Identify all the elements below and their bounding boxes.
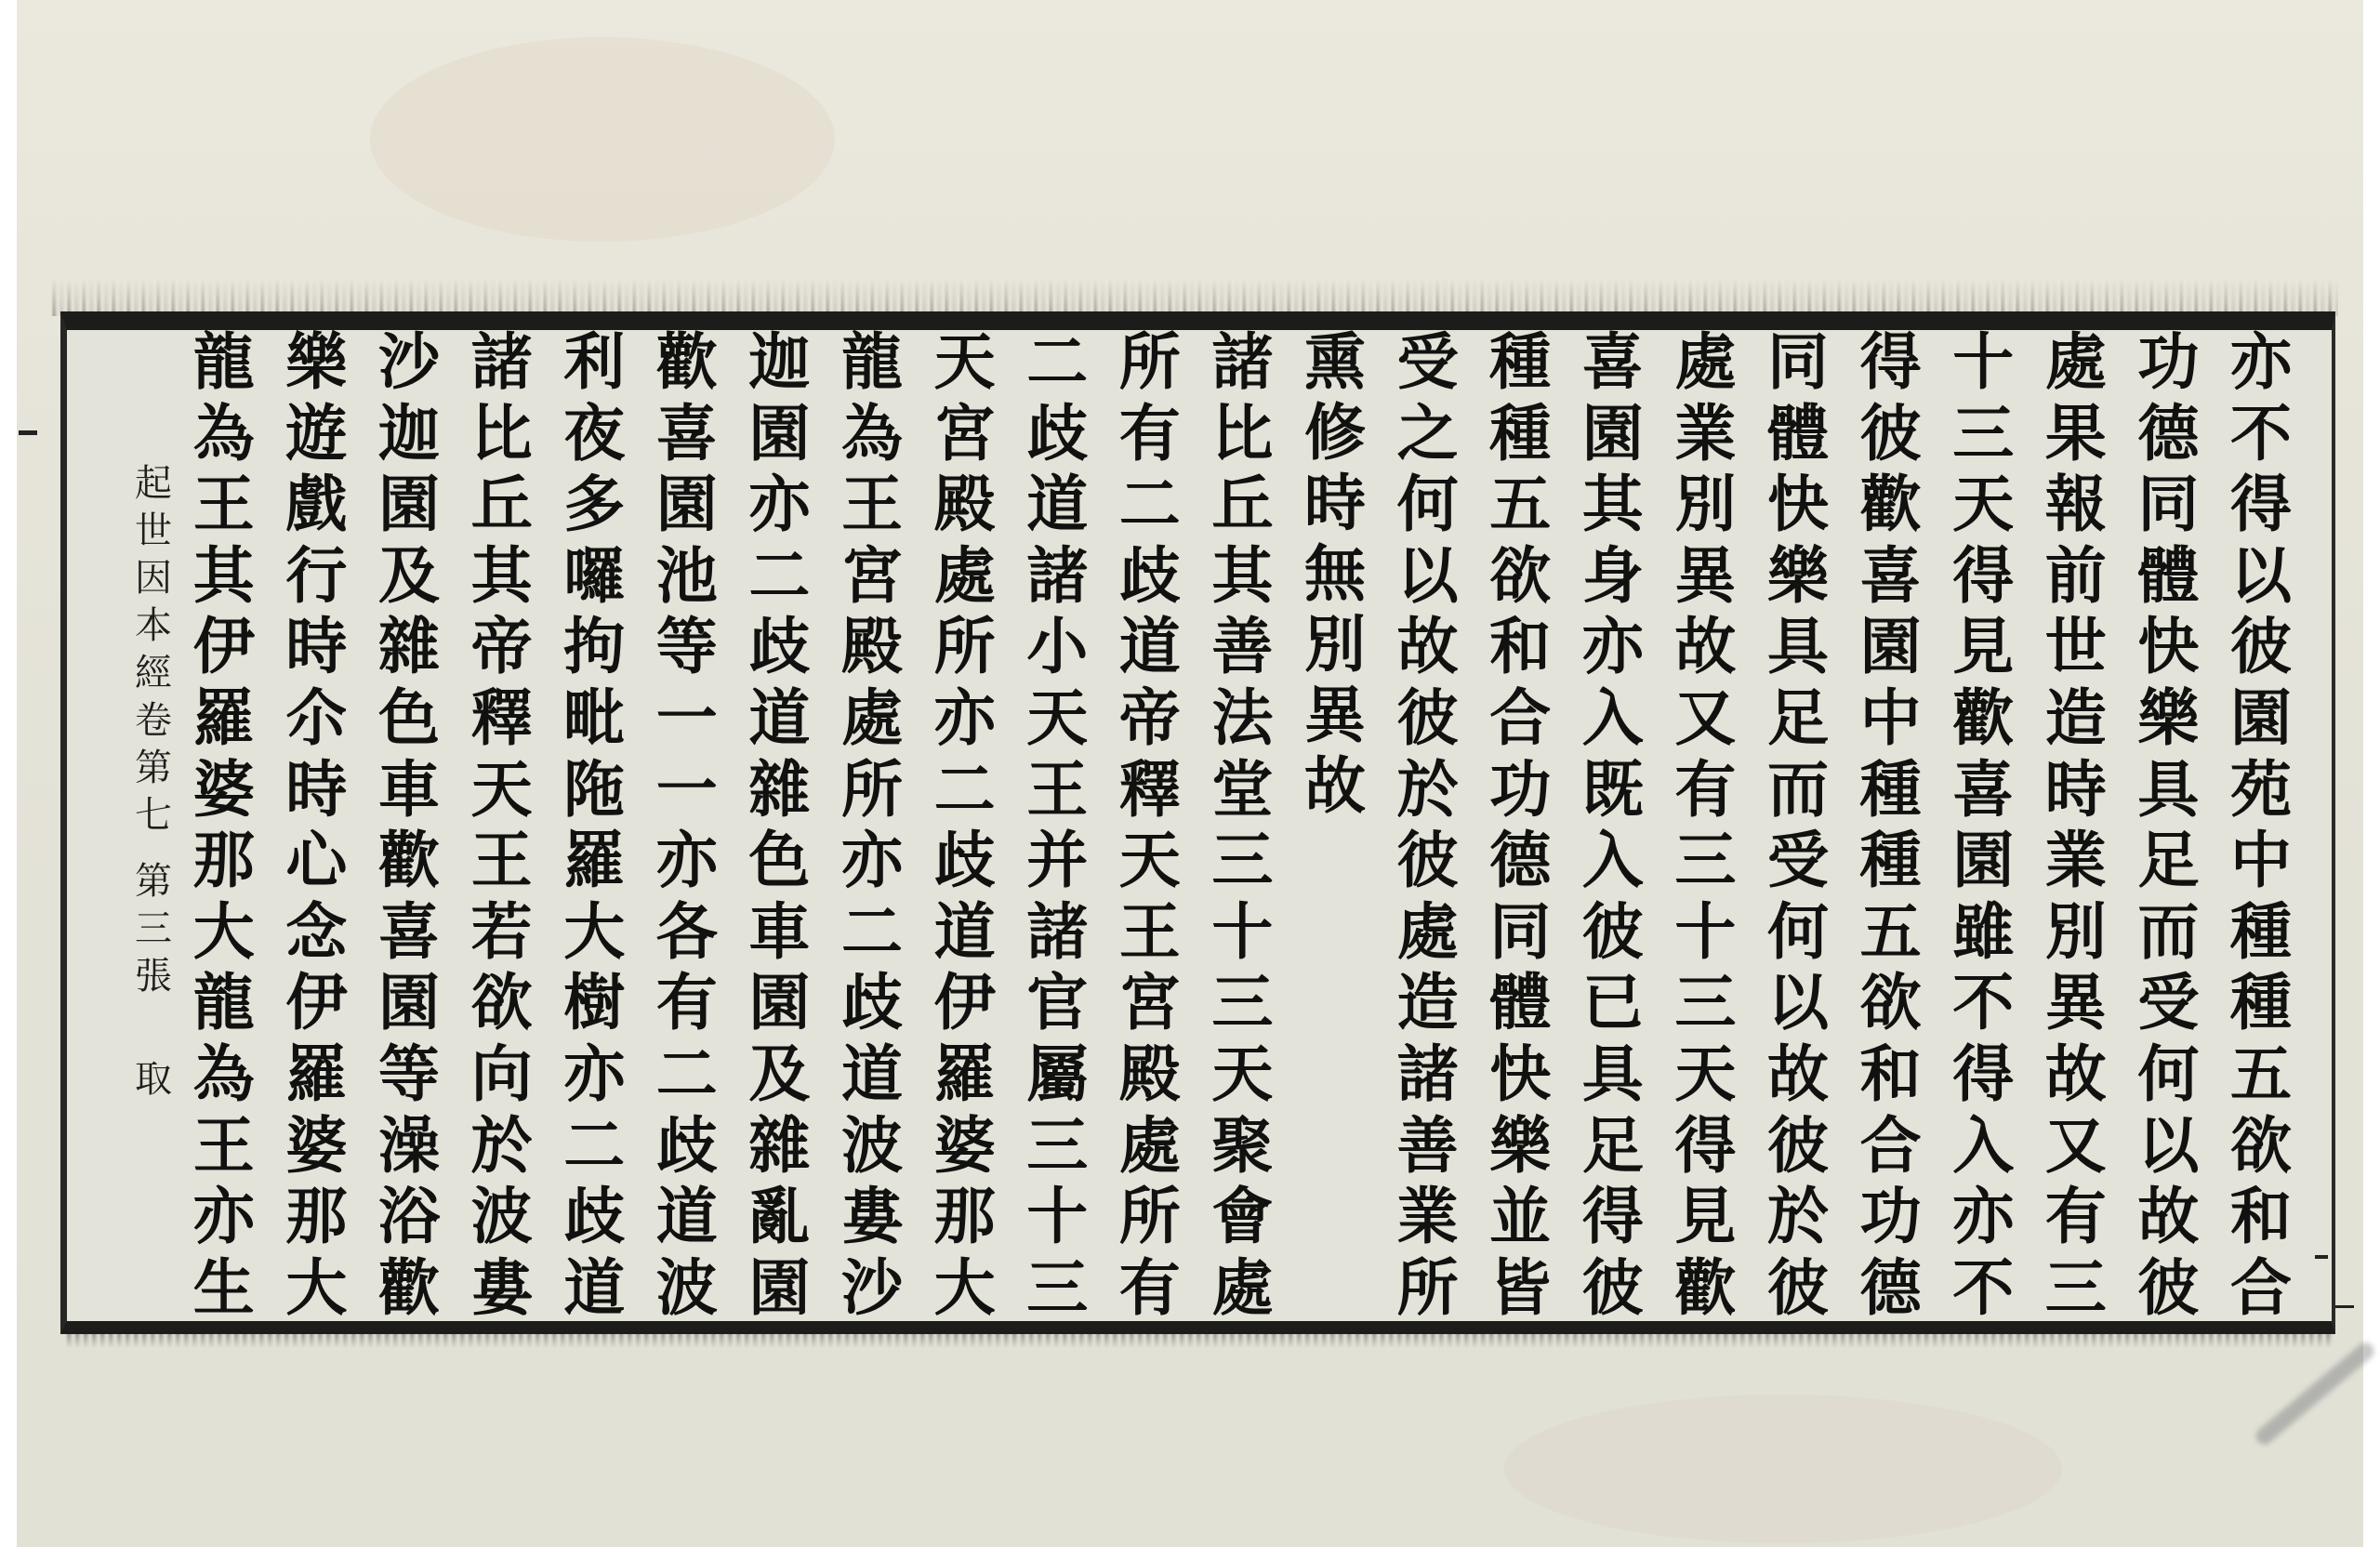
glyph: 於 [1397, 755, 1459, 824]
glyph: 故 [2045, 1039, 2107, 1108]
glyph: 各 [656, 897, 718, 966]
glyph: 欲 [471, 968, 533, 1037]
glyph: 同 [1489, 897, 1551, 966]
glyph: 毗 [563, 683, 625, 752]
glyph: 亦 [748, 469, 810, 538]
glyph: 功 [1860, 1182, 1922, 1250]
glyph: 合 [1860, 1111, 1922, 1180]
glyph: 得 [2230, 469, 2292, 538]
glyph: 入 [1952, 1111, 2014, 1180]
glyph: 亦 [1952, 1182, 2014, 1250]
text-column: 同體快樂具足而受何以故彼於彼 [1755, 327, 1841, 1322]
glyph: 彼 [1397, 683, 1459, 752]
glyph: 婁 [471, 1253, 533, 1322]
glyph: 善 [1211, 612, 1273, 681]
glyph: 有 [1119, 1253, 1181, 1322]
glyph: 欲 [2230, 1111, 2292, 1180]
glyph: 善 [1397, 1111, 1459, 1180]
glyph: 道 [934, 897, 996, 966]
glyph: 諸 [1026, 541, 1088, 610]
glyph: 故 [2137, 1182, 2199, 1250]
glyph: 已 [1582, 968, 1644, 1037]
glyph: 龍 [841, 327, 903, 396]
glyph: 七 [135, 792, 172, 840]
glyph: 有 [1119, 399, 1181, 468]
glyph: 別 [1304, 610, 1366, 679]
glyph: 何 [1767, 897, 1829, 966]
glyph: 別 [1674, 469, 1736, 538]
glyph: 其 [1582, 469, 1644, 538]
glyph: 園 [1952, 826, 2014, 894]
glyph: 道 [656, 1182, 718, 1250]
glyph: 故 [1674, 612, 1736, 681]
glyph: 別 [2045, 897, 2107, 966]
glyph: 迦 [748, 327, 810, 396]
text-column: 處業別異故又有三十三天得見歡 [1662, 327, 1748, 1322]
glyph: 前 [2045, 541, 2107, 610]
glyph: 車 [748, 897, 810, 966]
glyph: 亦 [656, 826, 718, 894]
glyph: 造 [2045, 683, 2107, 752]
glyph: 歡 [656, 327, 718, 396]
glyph: 合 [1489, 683, 1551, 752]
glyph: 業 [1397, 1182, 1459, 1250]
glyph: 欲 [1489, 541, 1551, 610]
glyph: 屬 [1026, 1039, 1088, 1108]
glyph: 取 [135, 1056, 172, 1104]
glyph: 比 [1211, 399, 1273, 468]
text-column: 歡喜園池等一一亦各有二歧道波 [644, 327, 730, 1322]
glyph: 大 [563, 897, 625, 966]
glyph: 一 [656, 755, 718, 824]
glyph: 具 [1582, 1039, 1644, 1108]
glyph: 王 [193, 469, 255, 538]
glyph: 園 [378, 968, 440, 1037]
glyph: 二 [1026, 327, 1088, 396]
glyph: 又 [1674, 683, 1736, 752]
glyph: 沙 [841, 1253, 903, 1322]
glyph: 處 [1211, 1253, 1273, 1322]
glyph: 中 [1860, 683, 1922, 752]
glyph: 三 [1952, 399, 2014, 468]
glyph: 和 [1860, 1039, 1922, 1108]
glyph: 池 [656, 541, 718, 610]
glyph: 得 [1582, 1182, 1644, 1250]
glyph: 和 [1489, 612, 1551, 681]
glyph: 何 [1397, 469, 1459, 538]
glyph: 種 [1860, 826, 1922, 894]
glyph: 為 [193, 1039, 255, 1108]
glyph: 歡 [378, 826, 440, 894]
glyph: 官 [1026, 968, 1088, 1037]
glyph: 因 [135, 555, 172, 602]
glyph: 小 [1026, 612, 1088, 681]
glyph: 三 [1026, 1253, 1088, 1322]
glyph: 其 [193, 541, 255, 610]
glyph: 有 [2045, 1182, 2107, 1250]
glyph: 而 [2137, 897, 2199, 966]
glyph: 歧 [656, 1111, 718, 1180]
glyph: 十 [1026, 1182, 1088, 1250]
paper-stain [1504, 1395, 2062, 1543]
glyph: 諸 [1397, 1039, 1459, 1108]
glyph: 世 [135, 508, 172, 555]
glyph: 五 [1489, 469, 1551, 538]
glyph: 有 [656, 968, 718, 1037]
glyph: 園 [748, 399, 810, 468]
glyph: 德 [2137, 399, 2199, 468]
glyph: 不 [1952, 1253, 2014, 1322]
glyph: 伊 [934, 968, 996, 1037]
glyph: 受 [1767, 826, 1829, 894]
glyph: 向 [471, 1039, 533, 1108]
glyph: 故 [1767, 1039, 1829, 1108]
glyph: 天 [1119, 826, 1181, 894]
glyph: 於 [471, 1111, 533, 1180]
glyph: 種 [1860, 755, 1922, 824]
glyph: 王 [193, 1111, 255, 1180]
glyph: 身 [1582, 541, 1644, 610]
glyph: 足 [2137, 826, 2199, 894]
glyph: 以 [2230, 541, 2292, 610]
glyph: 澡 [378, 1111, 440, 1180]
glyph: 時 [2045, 755, 2107, 824]
glyph: 種 [2230, 968, 2292, 1037]
glyph: 異 [1674, 541, 1736, 610]
glyph: 大 [285, 1253, 347, 1322]
glyph: 陁 [563, 755, 625, 824]
glyph: 果 [2045, 399, 2107, 468]
glyph: 不 [2230, 399, 2292, 468]
glyph: 體 [1767, 399, 1829, 468]
glyph: 迦 [378, 399, 440, 468]
glyph: 合 [2230, 1253, 2292, 1322]
glyph: 利 [563, 327, 625, 396]
glyph: 丘 [471, 469, 533, 538]
glyph: 道 [841, 1039, 903, 1108]
glyph: 雖 [1952, 897, 2014, 966]
glyph: 無 [1304, 539, 1366, 608]
glyph: 所 [1119, 327, 1181, 396]
glyph: 種 [1489, 327, 1551, 396]
glyph: 彼 [1582, 1253, 1644, 1322]
glyph: 喜 [1582, 327, 1644, 396]
glyph: 種 [2230, 897, 2292, 966]
glyph: 於 [1767, 1182, 1829, 1250]
text-column: 喜園其身亦入既入彼已具足得彼 [1570, 327, 1656, 1322]
glyph: 歧 [1119, 541, 1181, 610]
glyph: 修 [1304, 398, 1366, 467]
glyph: 不 [1952, 968, 2014, 1037]
glyph: 龍 [193, 327, 255, 396]
glyph: 處 [1397, 897, 1459, 966]
glyph: 婆 [285, 1111, 347, 1180]
glyph: 帝 [1119, 683, 1181, 752]
glyph: 道 [1119, 612, 1181, 681]
glyph: 三 [1026, 1111, 1088, 1180]
glyph: 功 [1489, 755, 1551, 824]
glyph: 時 [285, 755, 347, 824]
glyph: 彼 [1767, 1253, 1829, 1322]
glyph: 彼 [1767, 1111, 1829, 1180]
text-column: 功德同體快樂具足而受何以故彼 [2125, 327, 2211, 1322]
glyph: 受 [2137, 968, 2199, 1037]
glyph: 具 [1767, 612, 1829, 681]
glyph: 亦 [841, 826, 903, 894]
glyph: 異 [2045, 968, 2107, 1037]
glyph: 三 [2045, 1253, 2107, 1322]
glyph: 經 [135, 650, 172, 697]
glyph: 天 [934, 327, 996, 396]
text-column: 所有二歧道帝釋天王宮殿處所有 [1107, 327, 1193, 1322]
glyph: 羅 [934, 1039, 996, 1108]
glyph: 得 [1952, 541, 2014, 610]
glyph: 王 [841, 469, 903, 538]
glyph: 喜 [378, 897, 440, 966]
glyph: 快 [1767, 469, 1829, 538]
glyph: 諸 [1026, 897, 1088, 966]
glyph: 亦 [563, 1039, 625, 1108]
glyph: 喜 [1860, 541, 1922, 610]
glyph: 德 [1489, 826, 1551, 894]
text-column: 樂遊戲行時尒時心念伊羅婆那大 [273, 327, 359, 1322]
glyph: 入 [1582, 826, 1644, 894]
glyph: 十 [1211, 897, 1273, 966]
glyph: 宮 [1119, 968, 1181, 1037]
glyph: 亦 [934, 683, 996, 752]
glyph: 造 [1397, 968, 1459, 1037]
glyph: 快 [1489, 1039, 1551, 1108]
margin-tick [2315, 1255, 2328, 1259]
text-column: 受之何以故彼於彼處造諸善業所 [1385, 327, 1471, 1322]
glyph: 等 [656, 612, 718, 681]
glyph: 所 [1397, 1253, 1459, 1322]
glyph: 波 [471, 1182, 533, 1250]
text-column: 熏修時無別異故 [1292, 327, 1378, 1322]
glyph: 樂 [1767, 541, 1829, 610]
glyph: 亦 [1582, 612, 1644, 681]
glyph: 會 [1211, 1182, 1273, 1250]
glyph: 多 [563, 469, 625, 538]
glyph: 諸 [471, 327, 533, 396]
glyph: 亂 [748, 1182, 810, 1250]
glyph: 彼 [2137, 1253, 2199, 1322]
glyph: 以 [2137, 1111, 2199, 1180]
glyph: 波 [841, 1111, 903, 1180]
glyph: 足 [1582, 1111, 1644, 1180]
glyph: 王 [1119, 897, 1181, 966]
text-column: 十三天得見歡喜園雖不得入亦不 [1940, 327, 2026, 1322]
glyph: 道 [563, 1253, 625, 1322]
glyph: 雜 [748, 755, 810, 824]
glyph: 夜 [563, 399, 625, 468]
glyph: 生 [193, 1253, 255, 1322]
text-column: 天宮殿處所亦二歧道伊羅婆那大 [922, 327, 1008, 1322]
glyph: 亦 [2230, 327, 2292, 396]
glyph: 得 [1952, 1039, 2014, 1108]
glyph: 那 [285, 1182, 347, 1250]
glyph: 歧 [934, 826, 996, 894]
glyph: 報 [2045, 469, 2107, 538]
glyph: 所 [934, 612, 996, 681]
text-column: 龍為王其伊羅婆那大龍為王亦生 [181, 327, 267, 1322]
glyph: 三 [1211, 968, 1273, 1037]
glyph: 喜 [1952, 755, 2014, 824]
glyph: 大 [193, 897, 255, 966]
glyph: 受 [1397, 327, 1459, 396]
glyph: 五 [2230, 1039, 2292, 1108]
text-column: 種種五欲和合功德同體快樂並皆 [1477, 327, 1563, 1322]
glyph: 拘 [563, 612, 625, 681]
glyph: 中 [2230, 826, 2292, 894]
glyph: 本 [135, 602, 172, 650]
glyph: 若 [471, 897, 533, 966]
glyph: 同 [2137, 469, 2199, 538]
glyph: 為 [193, 399, 255, 468]
glyph: 處 [1119, 1111, 1181, 1180]
glyph: 園 [1860, 612, 1922, 681]
glyph: 異 [1304, 681, 1366, 749]
glyph: 時 [285, 612, 347, 681]
glyph: 樂 [1489, 1111, 1551, 1180]
glyph: 色 [378, 683, 440, 752]
glyph: 堂 [1211, 755, 1273, 824]
glyph: 以 [1397, 541, 1459, 610]
glyph: 和 [2230, 1182, 2292, 1250]
glyph: 世 [2045, 612, 2107, 681]
glyph: 二 [841, 897, 903, 966]
glyph: 園 [378, 469, 440, 538]
glyph: 彼 [2230, 612, 2292, 681]
glyph: 法 [1211, 683, 1273, 752]
glyph: 功 [2137, 327, 2199, 396]
glyph: 欲 [1860, 968, 1922, 1037]
glyph: 園 [748, 1253, 810, 1322]
text-column: 諸比丘其善法堂三十三天聚會處 [1199, 327, 1285, 1322]
glyph: 卷 [135, 697, 172, 745]
glyph: 遊 [285, 399, 347, 468]
glyph: 殿 [841, 612, 903, 681]
marginal-note-page: 第三張 [135, 858, 172, 1000]
marginal-note-mark: 取 [135, 1056, 172, 1104]
glyph: 殿 [934, 469, 996, 538]
glyph: 園 [2230, 683, 2292, 752]
margin-tick [2335, 1305, 2354, 1308]
glyph: 殿 [1119, 1039, 1181, 1108]
glyph: 聚 [1211, 1111, 1273, 1180]
glyph: 歧 [841, 968, 903, 1037]
glyph: 一 [656, 683, 718, 752]
glyph: 第 [135, 745, 172, 792]
glyph: 業 [1674, 399, 1736, 468]
glyph: 雜 [378, 612, 440, 681]
glyph: 見 [1674, 1182, 1736, 1250]
glyph: 并 [1026, 826, 1088, 894]
glyph: 為 [841, 399, 903, 468]
glyph: 歧 [748, 612, 810, 681]
glyph: 又 [2045, 1111, 2107, 1180]
glyph: 歧 [563, 1182, 625, 1250]
glyph: 行 [285, 541, 347, 610]
glyph: 亦 [193, 1182, 255, 1250]
glyph: 二 [748, 541, 810, 610]
text-column: 亦不得以彼園苑中種種五欲和合 [2218, 327, 2304, 1322]
glyph: 園 [1582, 399, 1644, 468]
glyph: 所 [1119, 1182, 1181, 1250]
glyph: 婆 [934, 1111, 996, 1180]
glyph: 皆 [1489, 1253, 1551, 1322]
glyph: 喜 [656, 399, 718, 468]
glyph: 處 [1674, 327, 1736, 396]
glyph: 王 [471, 826, 533, 894]
glyph: 等 [378, 1039, 440, 1108]
glyph: 歧 [1026, 399, 1088, 468]
glyph: 及 [378, 541, 440, 610]
glyph: 苑 [2230, 755, 2292, 824]
glyph: 彼 [1860, 399, 1922, 468]
glyph: 其 [1211, 541, 1273, 610]
glyph: 體 [2137, 541, 2199, 610]
glyph: 羅 [563, 826, 625, 894]
glyph: 彼 [1582, 897, 1644, 966]
glyph: 同 [1767, 327, 1829, 396]
glyph: 德 [1860, 1253, 1922, 1322]
glyph: 心 [285, 826, 347, 894]
text-column: 龍為王宮殿處所亦二歧道波婁沙 [829, 327, 915, 1322]
glyph: 樂 [2137, 683, 2199, 752]
glyph: 具 [2137, 755, 2199, 824]
glyph: 時 [1304, 469, 1366, 537]
glyph: 十 [1952, 327, 2014, 396]
glyph: 道 [1026, 469, 1088, 538]
text-column: 二歧道諸小天王并諸官屬三十三 [1014, 327, 1100, 1322]
glyph: 二 [656, 1039, 718, 1108]
glyph: 得 [1860, 327, 1922, 396]
glyph: 十 [1674, 897, 1736, 966]
text-column: 利夜多囉拘毗陁羅大樹亦二歧道 [551, 327, 637, 1322]
glyph: 天 [1211, 1039, 1273, 1108]
glyph: 釋 [471, 683, 533, 752]
glyph: 那 [193, 826, 255, 894]
glyph: 既 [1582, 755, 1644, 824]
text-column: 處果報前世造時業別異故又有三 [2033, 327, 2119, 1322]
glyph: 足 [1767, 683, 1829, 752]
text-column: 得彼歡喜園中種種五欲和合功德 [1848, 327, 1934, 1322]
marginal-note-title: 起世因本經卷第七 [135, 460, 172, 840]
glyph: 第 [135, 858, 172, 906]
glyph: 道 [748, 683, 810, 752]
glyph: 大 [934, 1253, 996, 1322]
glyph: 二 [1119, 469, 1181, 538]
glyph: 波 [656, 1253, 718, 1322]
border-ink-smear-bottom [65, 1331, 2334, 1348]
glyph: 色 [748, 826, 810, 894]
glyph: 見 [1952, 612, 2014, 681]
glyph: 天 [1952, 469, 2014, 538]
glyph: 其 [471, 541, 533, 610]
glyph: 園 [656, 469, 718, 538]
glyph: 所 [841, 755, 903, 824]
glyph: 雜 [748, 1111, 810, 1180]
glyph: 比 [471, 399, 533, 468]
glyph: 天 [1026, 683, 1088, 752]
glyph: 婁 [841, 1182, 903, 1250]
text-column: 沙迦園及雜色車歡喜園等澡浴歡 [366, 327, 452, 1322]
glyph: 五 [1860, 897, 1922, 966]
glyph: 三 [1674, 826, 1736, 894]
glyph: 歡 [1674, 1253, 1736, 1322]
glyph: 二 [563, 1111, 625, 1180]
